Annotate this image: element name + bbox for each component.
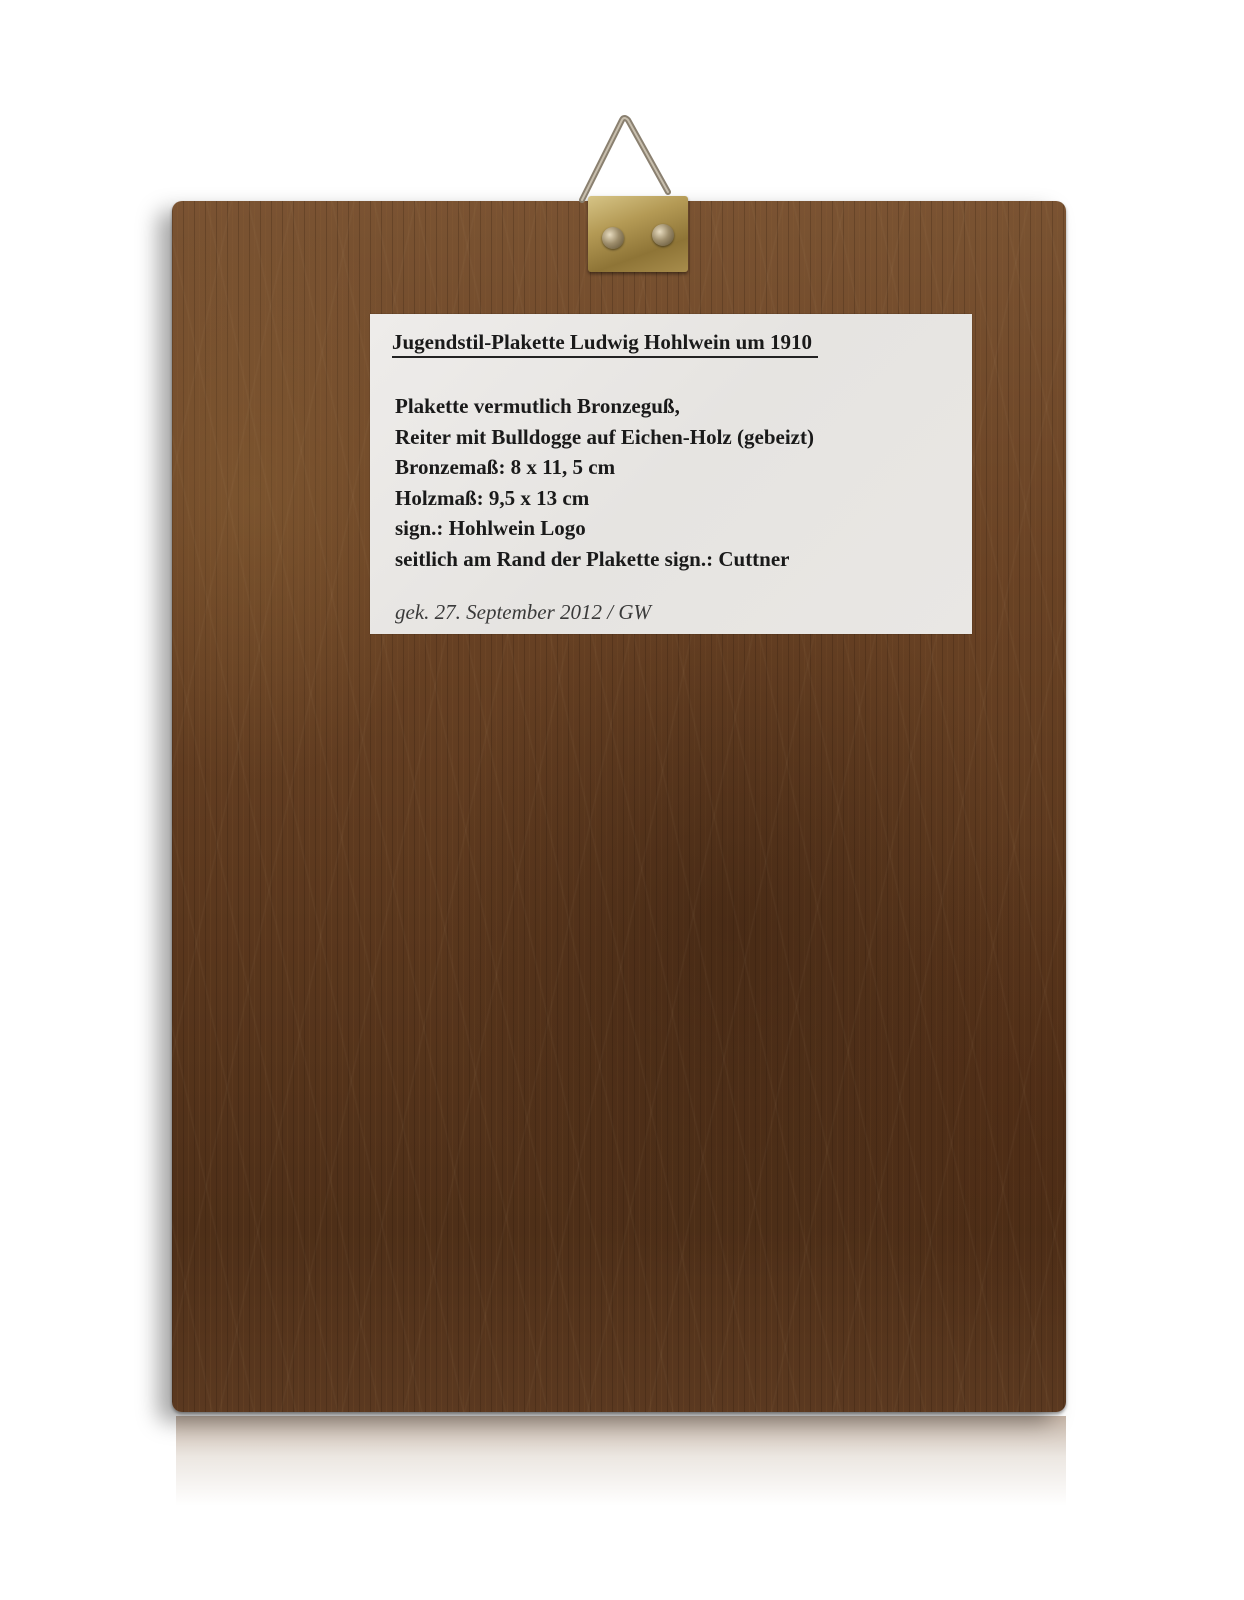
rivet-icon (652, 224, 674, 246)
label-line: Reiter mit Bulldogge auf Eichen-Holz (ge… (395, 422, 814, 453)
label-line: Plakette vermutlich Bronzeguß, (395, 391, 814, 422)
label-title: Jugendstil-Plakette Ludwig Hohlwein um 1… (392, 328, 818, 358)
board-reflection (176, 1416, 1066, 1506)
label-line: seitlich am Rand der Plakette sign.: Cut… (395, 544, 814, 575)
label-line: Bronzemaß: 8 x 11, 5 cm (395, 452, 814, 483)
photo-scene: Jugendstil-Plakette Ludwig Hohlwein um 1… (0, 0, 1244, 1600)
label-line: Holzmaß: 9,5 x 13 cm (395, 483, 814, 514)
label-line: sign.: Hohlwein Logo (395, 513, 814, 544)
triangle-hanger-icon (574, 112, 674, 207)
paper-label: Jugendstil-Plakette Ludwig Hohlwein um 1… (370, 314, 972, 634)
rivet-icon (602, 227, 624, 249)
brass-hanger-plate (588, 196, 688, 272)
label-purchase-note: gek. 27. September 2012 / GW (395, 600, 651, 625)
label-description: Plakette vermutlich Bronzeguß, Reiter mi… (395, 391, 814, 574)
